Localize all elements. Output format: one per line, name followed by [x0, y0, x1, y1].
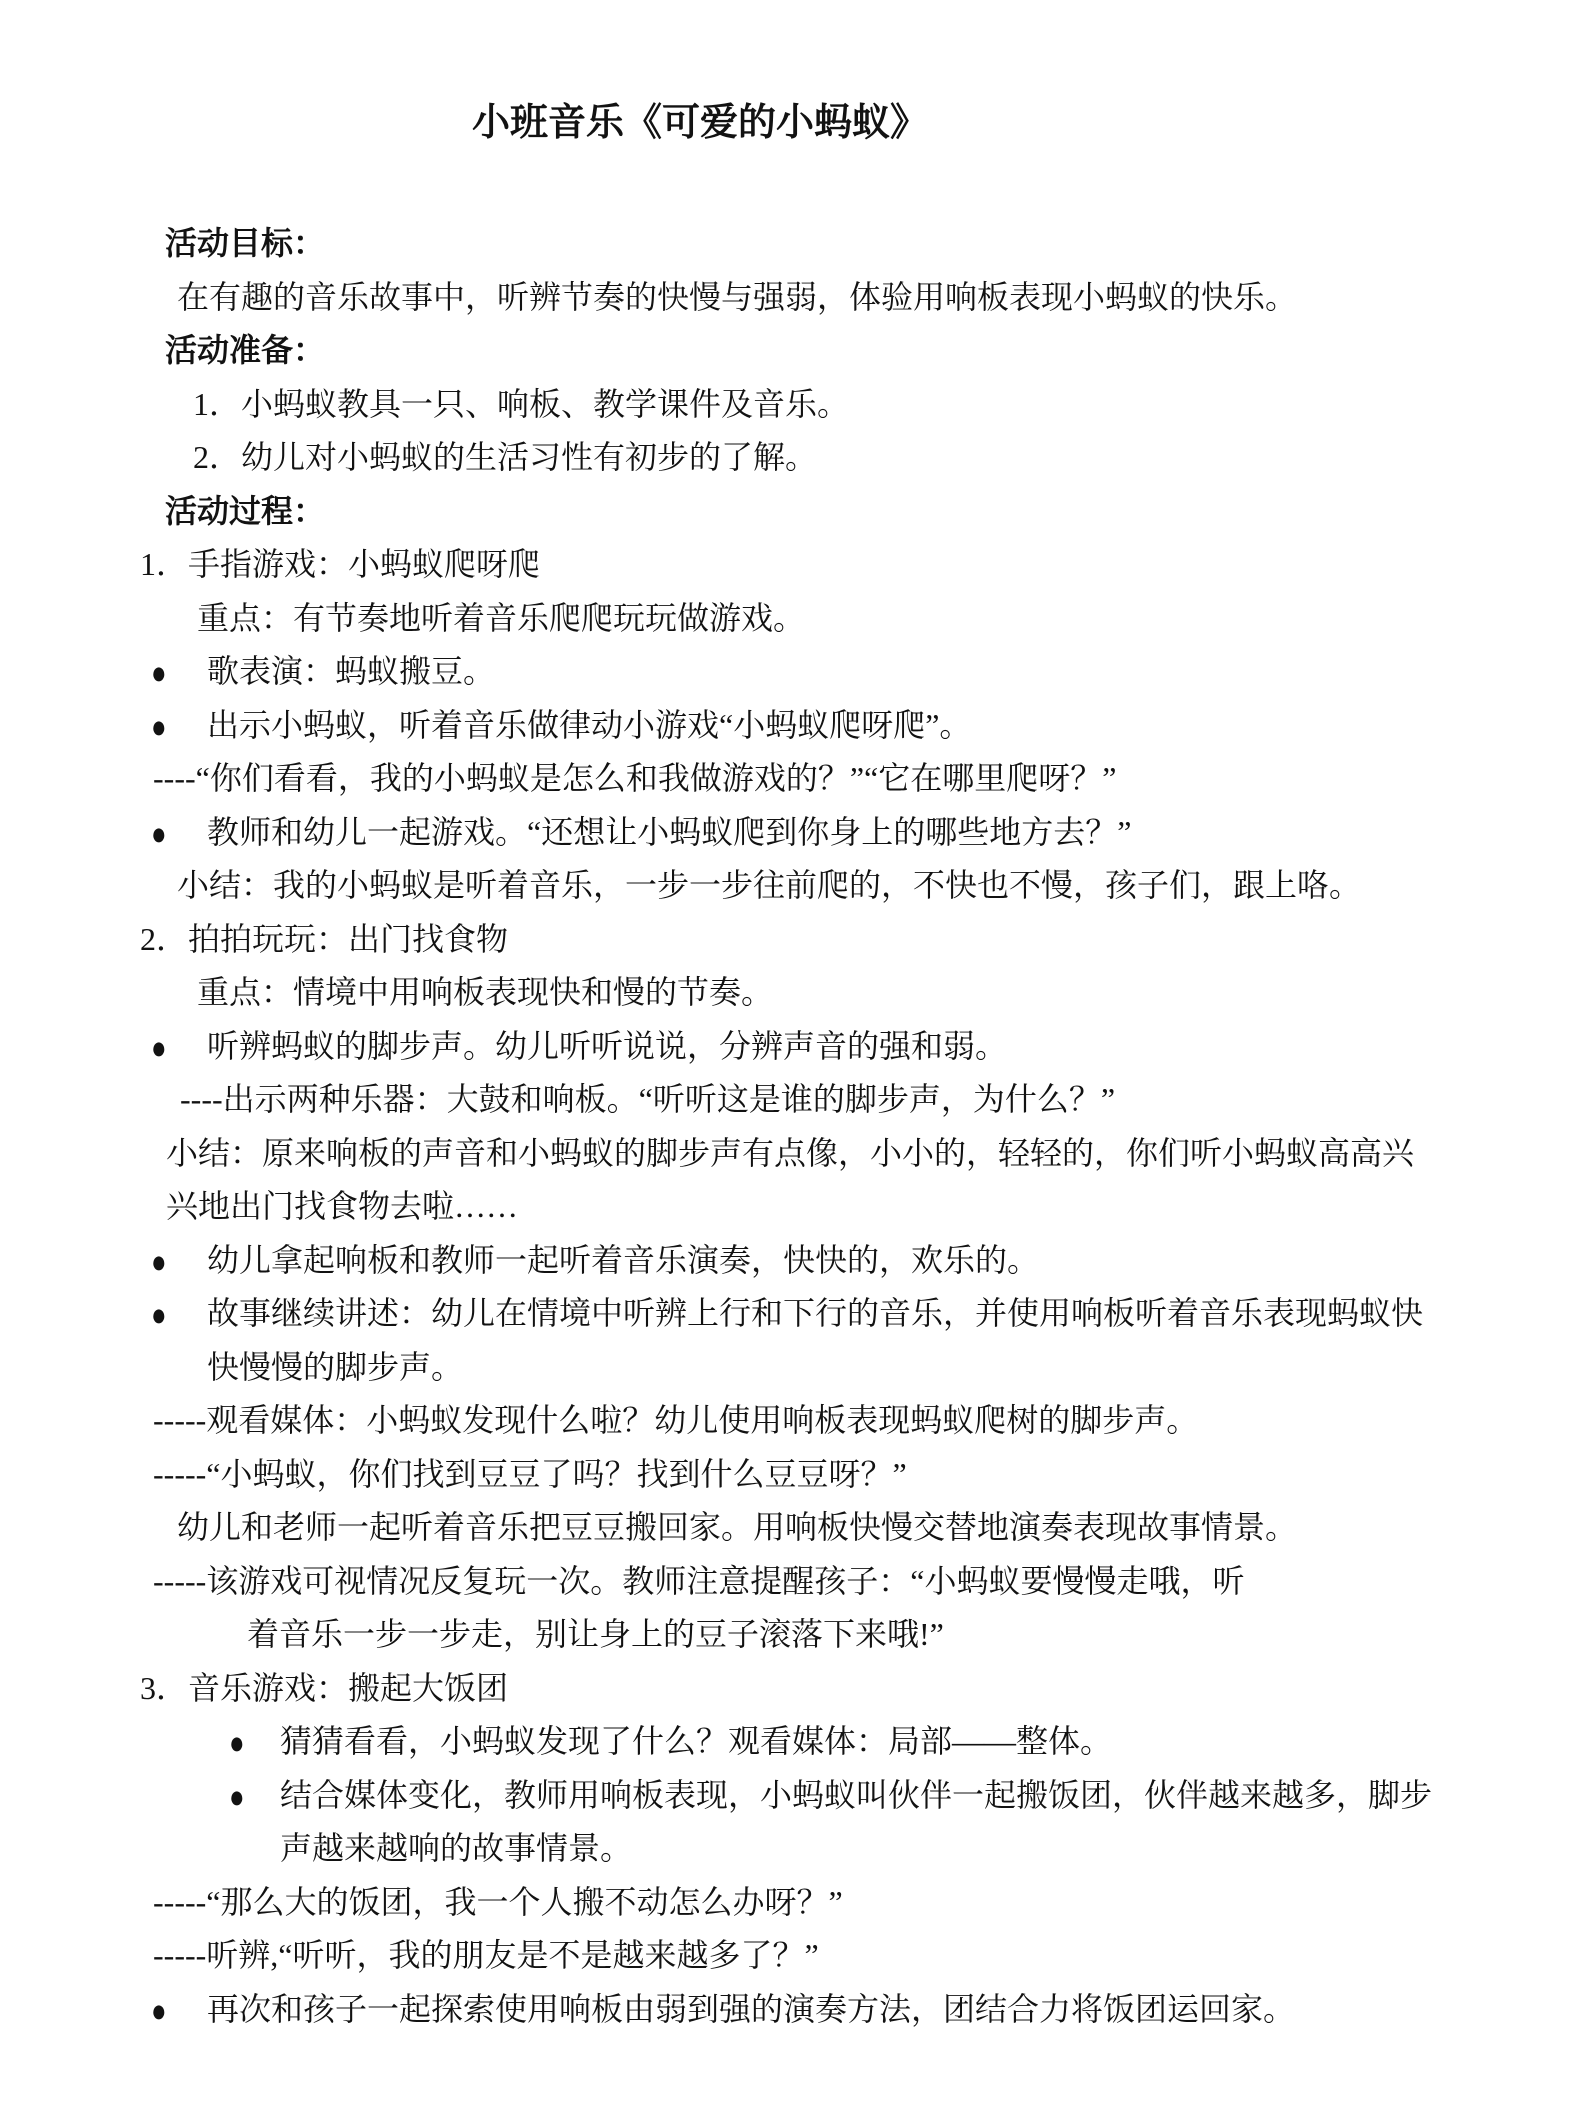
bulleted-line: ●猜猜看看，小蚂蚁发现了什么？观看媒体：局部——整体。: [229, 1715, 1587, 1769]
bulleted-line: ●故事继续讲述：幼儿在情境中听辨上行和下行的音乐，并使用响板听着音乐表现蚂蚁快: [151, 1287, 1587, 1341]
line-text: 在有趣的音乐故事中，听辨节奏的快慢与强弱，体验用响板表现小蚂蚁的快乐。: [177, 279, 1297, 315]
line-text: -----“那么大的饭团，我一个人搬不动怎么办呀？”: [153, 1884, 843, 1920]
line-text: 活动过程：: [165, 493, 325, 529]
line-text: 快慢慢的脚步声。: [207, 1349, 463, 1385]
line-text: 幼儿和老师一起听着音乐把豆豆搬回家。用响板快慢交替地演奏表现故事情景。: [177, 1509, 1297, 1545]
document-line: -----观看媒体：小蚂蚁发现什么啦？幼儿使用响板表现蚂蚁爬树的脚步声。: [153, 1394, 1587, 1448]
line-text: 2．幼儿对小蚂蚁的生活习性有初步的了解。: [193, 439, 817, 475]
bullet-icon: ●: [151, 1979, 204, 2043]
line-text: 再次和孩子一起探索使用响板由弱到强的演奏方法，团结合力将饭团运回家。: [207, 1991, 1295, 2027]
document-line: 1．手指游戏：小蚂蚁爬呀爬: [140, 538, 1587, 592]
line-text: 小结：我的小蚂蚁是听着音乐，一步一步往前爬的，不快也不慢，孩子们，跟上咯。: [177, 867, 1361, 903]
line-text: 结合媒体变化，教师用响板表现，小蚂蚁叫伙伴一起搬饭团，伙伴越来越多，脚步: [280, 1777, 1432, 1813]
document-line: 1．小蚂蚁教具一只、响板、教学课件及音乐。: [193, 378, 1587, 432]
bullet-icon: ●: [229, 1765, 277, 1829]
line-text: 出示小蚂蚁，听着音乐做律动小游戏“小蚂蚁爬呀爬”。: [207, 707, 971, 743]
title-spacer: [0, 150, 1587, 217]
bulleted-line: ●出示小蚂蚁，听着音乐做律动小游戏“小蚂蚁爬呀爬”。: [151, 699, 1587, 753]
bullet-icon: ●: [151, 695, 204, 759]
document-line: 在有趣的音乐故事中，听辨节奏的快慢与强弱，体验用响板表现小蚂蚁的快乐。: [177, 271, 1587, 325]
bullet-icon: ●: [151, 1284, 204, 1348]
line-text: 1．小蚂蚁教具一只、响板、教学课件及音乐。: [193, 386, 849, 422]
line-text: 着音乐一步一步走，别让身上的豆子滚落下来哦!”: [247, 1616, 944, 1652]
line-text: -----观看媒体：小蚂蚁发现什么啦？幼儿使用响板表现蚂蚁爬树的脚步声。: [153, 1402, 1198, 1438]
line-text: 听辨蚂蚁的脚步声。幼儿听听说说，分辨声音的强和弱。: [207, 1028, 1007, 1064]
line-text: 重点：有节奏地听着音乐爬爬玩玩做游戏。: [197, 600, 805, 636]
document-line: 重点：有节奏地听着音乐爬爬玩玩做游戏。: [197, 592, 1587, 646]
document-line: 小结：我的小蚂蚁是听着音乐，一步一步往前爬的，不快也不慢，孩子们，跟上咯。: [177, 859, 1587, 913]
bulleted-line: ●再次和孩子一起探索使用响板由弱到强的演奏方法，团结合力将饭团运回家。: [151, 1983, 1587, 2037]
document-line: 3．音乐游戏：搬起大饭团: [140, 1662, 1587, 1716]
document-line: 活动目标：: [165, 217, 1587, 271]
bulleted-line: ●结合媒体变化，教师用响板表现，小蚂蚁叫伙伴一起搬饭团，伙伴越来越多，脚步: [229, 1769, 1587, 1823]
document-page: 小班音乐《可爱的小蚂蚁》 活动目标：在有趣的音乐故事中，听辨节奏的快慢与强弱，体…: [0, 0, 1587, 2124]
bulleted-line: ●听辨蚂蚁的脚步声。幼儿听听说说，分辨声音的强和弱。: [151, 1020, 1587, 1074]
bullet-icon: ●: [151, 802, 204, 866]
document-line: -----“小蚂蚁，你们找到豆豆了吗？找到什么豆豆呀？”: [153, 1448, 1587, 1502]
document-line: 小结：原来响板的声音和小蚂蚁的脚步声有点像，小小的，轻轻的，你们听小蚂蚁高高兴: [166, 1127, 1587, 1181]
line-text: 2．拍拍玩玩：出门找食物: [140, 921, 508, 957]
document-line: 快慢慢的脚步声。: [207, 1341, 1587, 1395]
bulleted-line: ●歌表演：蚂蚁搬豆。: [151, 645, 1587, 699]
line-text: -----该游戏可视情况反复玩一次。教师注意提醒孩子：“小蚂蚁要慢慢走哦，听: [153, 1563, 1245, 1599]
document-line: 声越来越响的故事情景。: [280, 1822, 1587, 1876]
line-text: 教师和幼儿一起游戏。“还想让小蚂蚁爬到你身上的哪些地方去？”: [207, 814, 1131, 850]
line-text: 1．手指游戏：小蚂蚁爬呀爬: [140, 546, 540, 582]
bulleted-line: ●教师和幼儿一起游戏。“还想让小蚂蚁爬到你身上的哪些地方去？”: [151, 806, 1587, 860]
document-line: 2．幼儿对小蚂蚁的生活习性有初步的了解。: [193, 431, 1587, 485]
document-line: 着音乐一步一步走，别让身上的豆子滚落下来哦!”: [247, 1608, 1587, 1662]
line-text: 活动目标：: [165, 225, 325, 261]
document-line: ----“你们看看，我的小蚂蚁是怎么和我做游戏的？”“它在哪里爬呀？”: [153, 752, 1587, 806]
document-line: -----听辨,“听听，我的朋友是不是越来越多了？”: [153, 1929, 1587, 1983]
line-text: ----出示两种乐器：大鼓和响板。“听听这是谁的脚步声，为什么？”: [180, 1081, 1115, 1117]
document-line: 幼儿和老师一起听着音乐把豆豆搬回家。用响板快慢交替地演奏表现故事情景。: [177, 1501, 1587, 1555]
line-text: 重点：情境中用响板表现快和慢的节奏。: [197, 974, 773, 1010]
document-line: 活动准备：: [165, 324, 1587, 378]
document-line: 活动过程：: [165, 485, 1587, 539]
line-text: 声越来越响的故事情景。: [280, 1830, 632, 1866]
line-text: 歌表演：蚂蚁搬豆。: [207, 653, 495, 689]
document-body: 活动目标：在有趣的音乐故事中，听辨节奏的快慢与强弱，体验用响板表现小蚂蚁的快乐。…: [0, 217, 1587, 2036]
line-text: 兴地出门找食物去啦……: [166, 1188, 518, 1224]
document-line: 兴地出门找食物去啦……: [166, 1180, 1587, 1234]
document-line: 重点：情境中用响板表现快和慢的节奏。: [197, 966, 1587, 1020]
line-text: -----“小蚂蚁，你们找到豆豆了吗？找到什么豆豆呀？”: [153, 1456, 907, 1492]
document-line: 2．拍拍玩玩：出门找食物: [140, 913, 1587, 967]
line-text: 小结：原来响板的声音和小蚂蚁的脚步声有点像，小小的，轻轻的，你们听小蚂蚁高高兴: [166, 1135, 1414, 1171]
document-line: -----该游戏可视情况反复玩一次。教师注意提醒孩子：“小蚂蚁要慢慢走哦，听: [153, 1555, 1587, 1609]
document-line: -----“那么大的饭团，我一个人搬不动怎么办呀？”: [153, 1876, 1587, 1930]
line-text: 3．音乐游戏：搬起大饭团: [140, 1670, 508, 1706]
line-text: -----听辨,“听听，我的朋友是不是越来越多了？”: [153, 1937, 819, 1973]
page-title: 小班音乐《可爱的小蚂蚁》: [0, 96, 1400, 150]
document-line: ----出示两种乐器：大鼓和响板。“听听这是谁的脚步声，为什么？”: [180, 1073, 1587, 1127]
line-text: 故事继续讲述：幼儿在情境中听辨上行和下行的音乐，并使用响板听着音乐表现蚂蚁快: [207, 1295, 1423, 1331]
line-text: 猜猜看看，小蚂蚁发现了什么？观看媒体：局部——整体。: [280, 1723, 1112, 1759]
bulleted-line: ●幼儿拿起响板和教师一起听着音乐演奏，快快的，欢乐的。: [151, 1234, 1587, 1288]
line-text: 幼儿拿起响板和教师一起听着音乐演奏，快快的，欢乐的。: [207, 1242, 1039, 1278]
line-text: ----“你们看看，我的小蚂蚁是怎么和我做游戏的？”“它在哪里爬呀？”: [153, 760, 1116, 796]
line-text: 活动准备：: [165, 332, 325, 368]
bullet-icon: ●: [151, 1016, 204, 1080]
